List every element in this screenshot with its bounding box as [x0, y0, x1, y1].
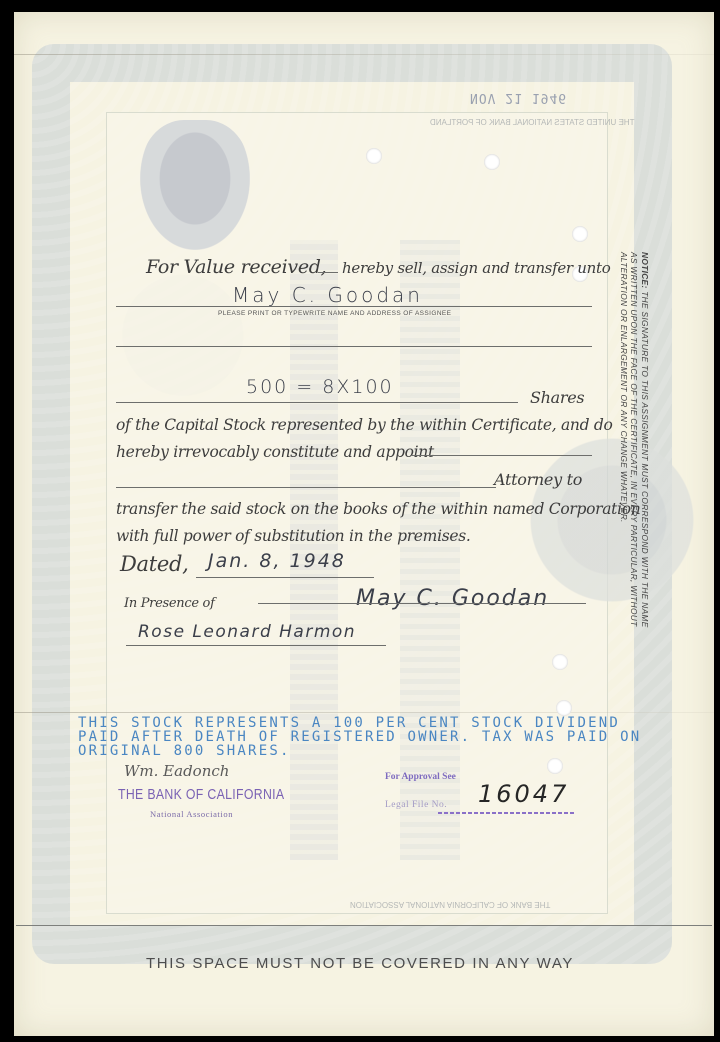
dated-field[interactable]: Jan. 8, 1948: [208, 550, 346, 572]
assignee-rule: [116, 306, 592, 307]
irrevocably-line: hereby irrevocably constitute and appoin…: [116, 443, 434, 461]
punch-hole: [366, 148, 382, 164]
typed-line-3: ORIGINAL 800 SHARES.: [78, 744, 641, 758]
bank-stamp-subtitle: National Association: [150, 809, 233, 819]
legal-file-number: 16047: [478, 780, 569, 808]
assignee-name-field[interactable]: May C. Goodan: [232, 283, 423, 307]
punch-hole: [547, 758, 563, 774]
in-presence-label: In Presence of: [124, 596, 215, 611]
attorney-rule: [116, 487, 496, 488]
bleed-through-registrar: THE UNITED STATES NATIONAL BANK OF PORTL…: [430, 118, 634, 127]
transfer-line: transfer the said stock on the books of …: [116, 500, 640, 518]
shares-rule: [116, 402, 518, 403]
bleed-through-vignette: [140, 120, 250, 250]
bleed-through-seal: [512, 430, 712, 610]
owner-signature[interactable]: May C. Goodan: [356, 586, 549, 611]
notice-line-2: AS WRITTEN UPON THE FACE OF THE CERTIFIC…: [629, 252, 640, 682]
dated-label: Dated,: [120, 552, 189, 576]
bleed-through-registered-date: NOV 21 1946: [470, 90, 567, 105]
punch-hole: [556, 700, 572, 716]
footer-rule: [16, 925, 712, 926]
shares-count-field[interactable]: 500 = 8X100: [246, 376, 394, 398]
substitution-line: with full power of substitution in the p…: [116, 527, 471, 545]
shares-label: Shares: [530, 388, 584, 407]
legal-file-rule: [438, 812, 576, 814]
date-rule: [196, 577, 374, 578]
bleed-through-signatures: [400, 240, 460, 860]
bleed-through-countersigned: THE BANK OF CALIFORNIA NATIONAL ASSOCIAT…: [350, 900, 550, 909]
footer-notice: THIS SPACE MUST NOT BE COVERED IN ANY WA…: [0, 955, 720, 972]
legal-file-label: Legal File No.: [385, 800, 447, 810]
typed-line-2: PAID AFTER DEATH OF REGISTERED OWNER. TA…: [78, 730, 641, 744]
witness-signature[interactable]: Rose Leonard Harmon: [138, 622, 356, 642]
punch-hole: [484, 154, 500, 170]
hereby-sell-label: hereby sell, assign and transfer unto: [342, 259, 610, 277]
attorney-name-rule: [410, 455, 592, 456]
punch-hole: [552, 654, 568, 670]
signature-rule: [258, 603, 586, 604]
for-value-received-label: For Value received,: [146, 256, 326, 278]
typed-dividend-note: THIS STOCK REPRESENTS A 100 PER CENT STO…: [78, 716, 641, 758]
signature-notice: NOTICE: THE SIGNATURE TO THIS ASSIGNMENT…: [619, 252, 651, 682]
notice-bold: NOTICE:: [640, 252, 650, 289]
fold-line-top: [14, 54, 714, 55]
approval-stamp-label: For Approval See: [385, 772, 456, 782]
punch-hole: [572, 226, 588, 242]
address-rule: [116, 346, 592, 347]
bank-stamp-name: THE BANK OF CALIFORNIA: [118, 786, 284, 803]
attorney-label: Attorney to: [494, 470, 582, 489]
notice-line-1: THE SIGNATURE TO THIS ASSIGNMENT MUST CO…: [640, 291, 650, 627]
bank-officer-signature: Wm. Eadonch: [124, 762, 229, 780]
rule: [318, 272, 338, 273]
fold-line-middle: [14, 712, 714, 713]
typed-line-1: THIS STOCK REPRESENTS A 100 PER CENT STO…: [78, 716, 641, 730]
notice-line-3: ALTERATION OR ENLARGEMENT OR ANY CHANGE …: [619, 252, 630, 682]
witness-rule: [126, 645, 386, 646]
assignee-caption: PLEASE PRINT OR TYPEWRITE NAME AND ADDRE…: [218, 310, 451, 317]
capital-stock-line: of the Capital Stock represented by the …: [116, 416, 613, 434]
